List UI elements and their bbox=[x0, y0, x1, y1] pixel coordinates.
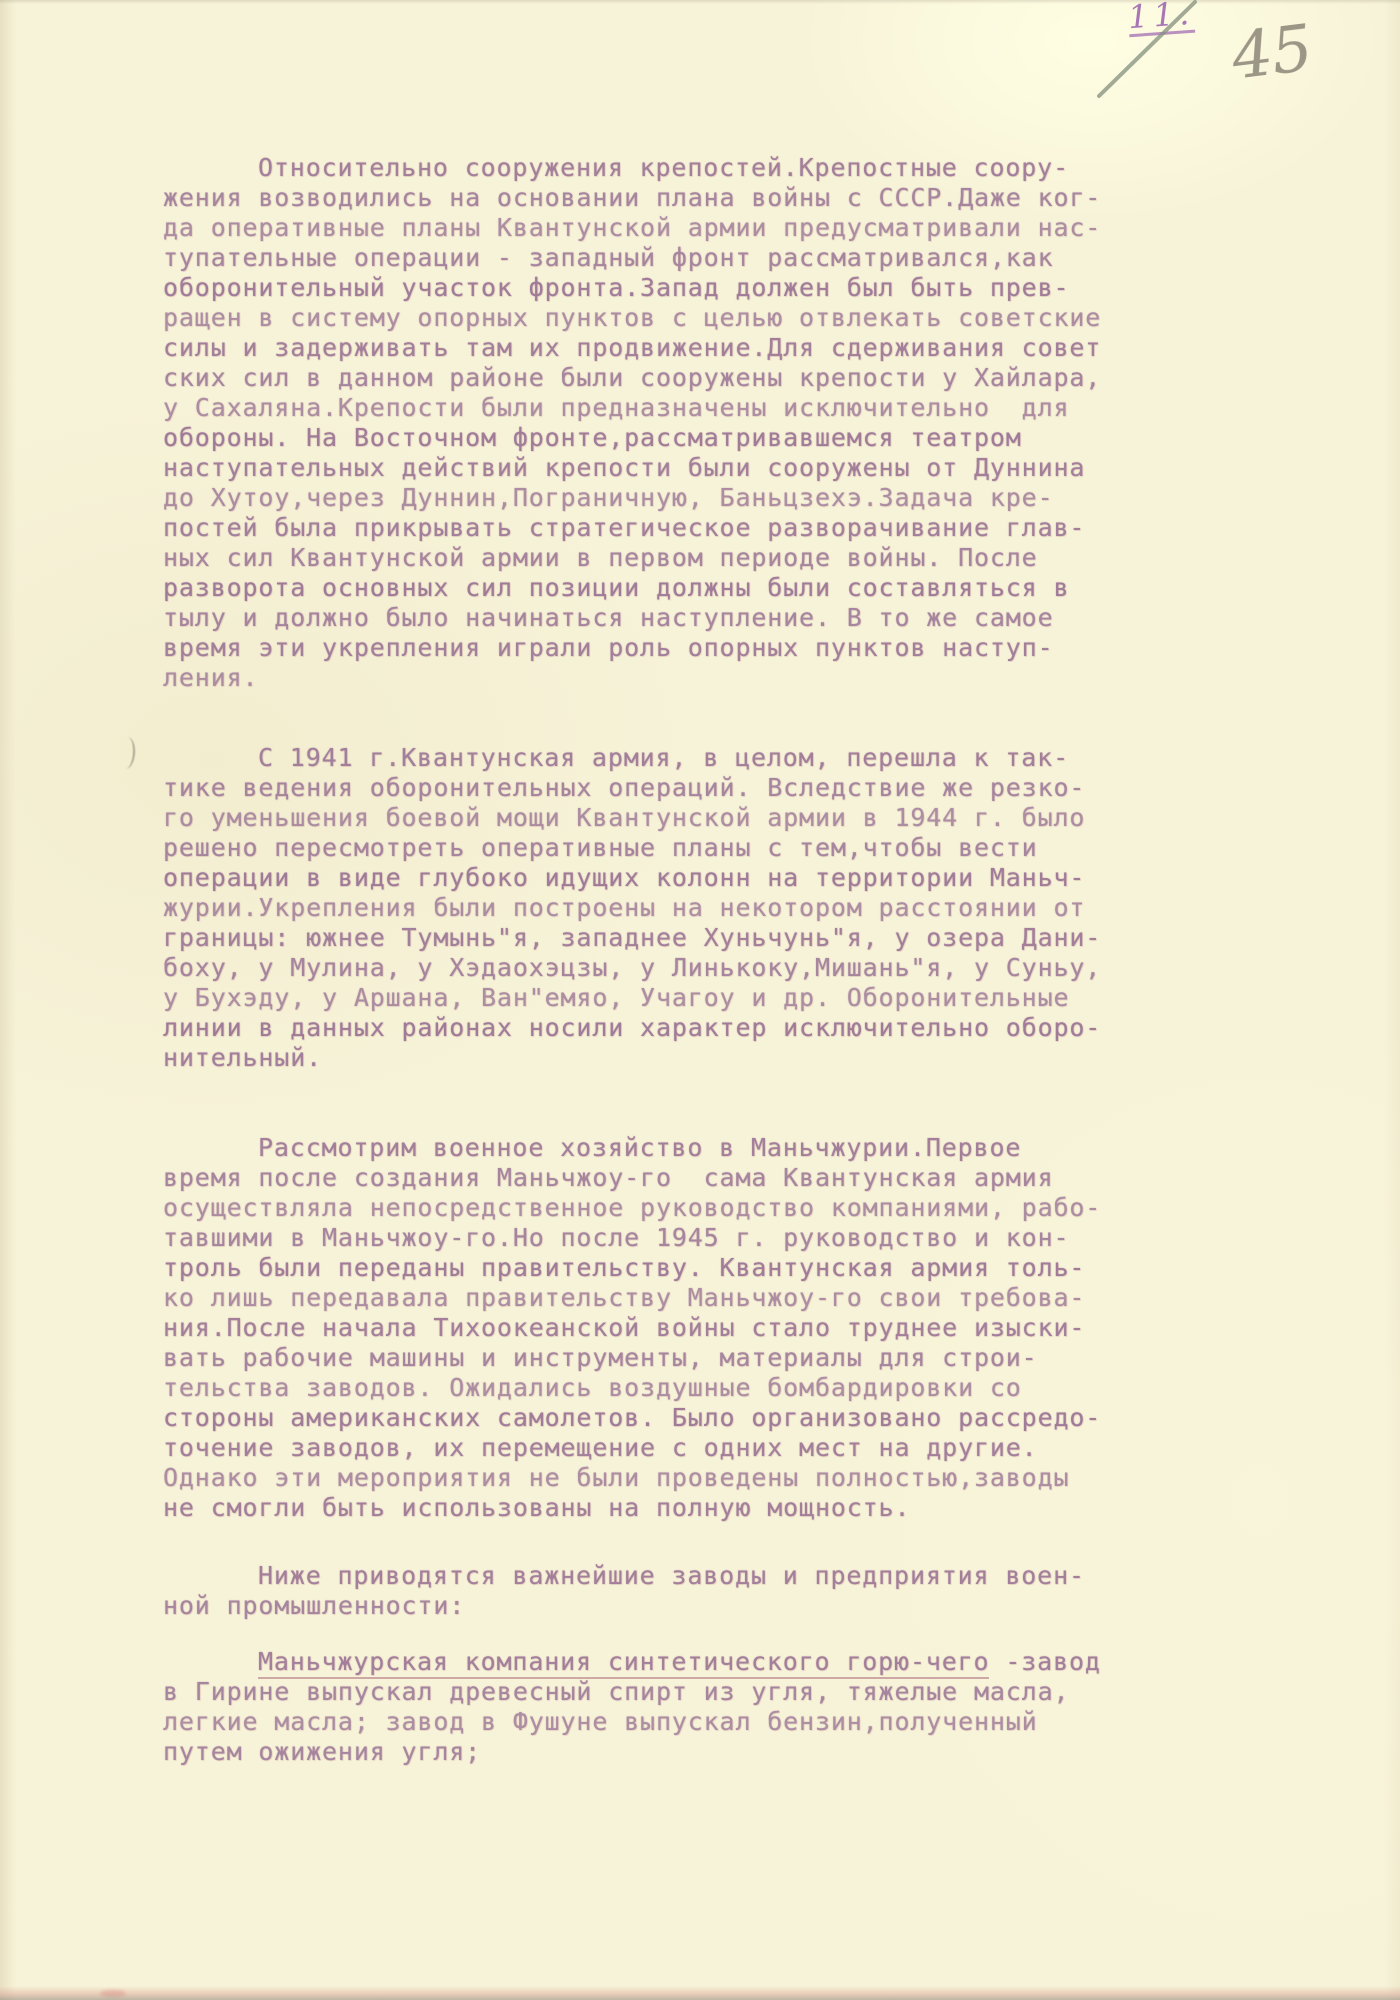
text-line: С 1941 г.Квантунская армия, в целом, пер… bbox=[163, 743, 1128, 773]
text-line: у Сахаляна.Крепости были предназначены и… bbox=[163, 393, 1128, 423]
text-line: осуществляла непосредственное руководств… bbox=[163, 1193, 1128, 1223]
text-line: Маньчжурская компания синтетического гор… bbox=[163, 1647, 1128, 1677]
text-line: Однако эти мероприятия не были проведены… bbox=[163, 1463, 1128, 1493]
bottom-edge-smudge bbox=[100, 1990, 126, 1997]
text-line: тике ведения оборонительных операций. Вс… bbox=[163, 773, 1128, 803]
text-line: журии.Укрепления были построены на некот… bbox=[163, 893, 1128, 923]
text-line: обороны. На Восточном фронте,рассматрива… bbox=[163, 423, 1128, 453]
paragraph-fortress-construction: Относительно сооружения крепостей.Крепос… bbox=[163, 153, 1128, 693]
paragraph-synthetic-fuel-company: Маньчжурская компания синтетического гор… bbox=[163, 1647, 1128, 1767]
text-line: не смогли быть использованы на полную мо… bbox=[163, 1493, 1128, 1523]
text-line: го уменьшения боевой мощи Квантунской ар… bbox=[163, 803, 1128, 833]
text-line: вать рабочие машины и инструменты, матер… bbox=[163, 1343, 1128, 1373]
text-line: линии в данных районах носили характер и… bbox=[163, 1013, 1128, 1043]
text-line: постей была прикрывать стратегическое ра… bbox=[163, 513, 1128, 543]
handwritten-page-number: 45 bbox=[1228, 11, 1316, 94]
text-line: ной промышленности: bbox=[163, 1591, 1128, 1621]
underlined-company-name: Маньчжурская компания синтетического гор… bbox=[258, 1647, 989, 1679]
text-line: тылу и должно было начинаться наступлени… bbox=[163, 603, 1128, 633]
first-line-rest: -завод bbox=[989, 1647, 1100, 1676]
text-line: да оперативные планы Квантунской армии п… bbox=[163, 213, 1128, 243]
text-line: путем ожижения угля; bbox=[163, 1737, 1128, 1767]
paragraph-1941-defensive-tactics: С 1941 г.Квантунская армия, в целом, пер… bbox=[163, 743, 1128, 1073]
strike-through-line bbox=[1096, 0, 1198, 100]
typewritten-text-block: Относительно сооружения крепостей.Крепос… bbox=[163, 153, 1128, 1767]
text-line: боху, у Мулина, у Хэдаохэцзы, у Линькоку… bbox=[163, 953, 1128, 983]
text-line: ления. bbox=[163, 663, 1128, 693]
text-line: операции в виде глубоко идущих колонн на… bbox=[163, 863, 1128, 893]
text-line: легкие масла; завод в Фушуне выпускал бе… bbox=[163, 1707, 1128, 1737]
text-line: Рассмотрим военное хозяйство в Маньчжури… bbox=[163, 1133, 1128, 1163]
text-line: тельства заводов. Ожидались воздушные бо… bbox=[163, 1373, 1128, 1403]
text-line: границы: южнее Тумынь"я, западнее Хуньчу… bbox=[163, 923, 1128, 953]
paragraph-military-economy: Рассмотрим военное хозяйство в Маньчжури… bbox=[163, 1133, 1128, 1523]
text-line: оборонительный участок фронта.Запад долж… bbox=[163, 273, 1128, 303]
text-line: силы и задерживать там их продвижение.Дл… bbox=[163, 333, 1128, 363]
text-line: ния.После начала Тихоокеанской войны ста… bbox=[163, 1313, 1128, 1343]
text-line: ных сил Квантунской армии в первом перио… bbox=[163, 543, 1128, 573]
text-line: стороны американских самолетов. Было орг… bbox=[163, 1403, 1128, 1433]
text-line: разворота основных сил позиции должны бы… bbox=[163, 573, 1128, 603]
text-line: ских сил в данном районе были сооружены … bbox=[163, 363, 1128, 393]
scanned-document-page: 11. 45 Относительно сооружения крепостей… bbox=[0, 0, 1400, 2000]
text-line: ращен в систему опорных пунктов с целью … bbox=[163, 303, 1128, 333]
text-line: тавшими в Маньчжоу-го.Но после 1945 г. р… bbox=[163, 1223, 1128, 1253]
text-line: в Гирине выпускал древесный спирт из угл… bbox=[163, 1677, 1128, 1707]
text-line: троль были переданы правительству. Квант… bbox=[163, 1253, 1128, 1283]
text-line: жения возводились на основании плана вой… bbox=[163, 183, 1128, 213]
text-line: решено пересмотреть оперативные планы с … bbox=[163, 833, 1128, 863]
text-line: до Хутоу,через Дуннин,Пограничную, Баньц… bbox=[163, 483, 1128, 513]
text-line: тупательные операции - западный фронт ра… bbox=[163, 243, 1128, 273]
paragraph-factories-intro: Ниже приводятся важнейшие заводы и предп… bbox=[163, 1561, 1128, 1621]
text-line: у Бухэду, у Аршана, Ван"емяо, Учагоу и д… bbox=[163, 983, 1128, 1013]
text-line: точение заводов, их перемещение с одних … bbox=[163, 1433, 1128, 1463]
text-line: Относительно сооружения крепостей.Крепос… bbox=[163, 153, 1128, 183]
margin-tick-mark bbox=[120, 737, 136, 770]
text-line: ко лишь передавала правительству Маньчжо… bbox=[163, 1283, 1128, 1313]
text-line: нительный. bbox=[163, 1043, 1128, 1073]
text-line: время после создания Маньчжоу-го сама Кв… bbox=[163, 1163, 1128, 1193]
text-line: время эти укрепления играли роль опорных… bbox=[163, 633, 1128, 663]
text-line: наступательных действий крепости были со… bbox=[163, 453, 1128, 483]
text-line: Ниже приводятся важнейшие заводы и предп… bbox=[163, 1561, 1128, 1591]
